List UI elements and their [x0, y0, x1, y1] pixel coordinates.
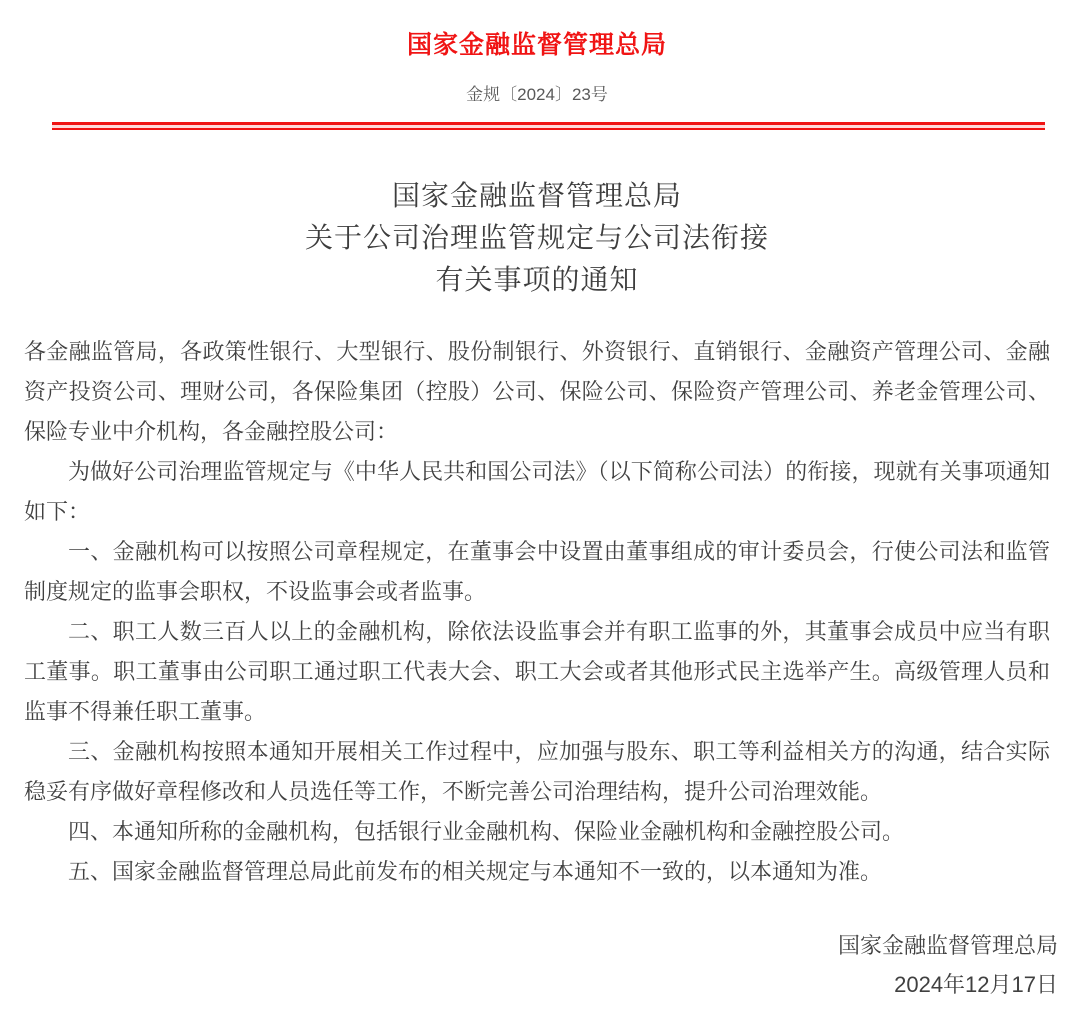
red-divider-line — [52, 122, 1045, 130]
body-paragraph-item-3: 三、金融机构按照本通知开展相关工作过程中，应加强与股东、职工等利益相关方的沟通，… — [24, 732, 1050, 812]
signature-agency: 国家金融监督管理总局 — [24, 926, 1058, 965]
document-body: 各金融监管局，各政策性银行、大型银行、股份制银行、外资银行、直销银行、金融资产管… — [24, 332, 1050, 892]
body-paragraph-intro: 为做好公司治理监管规定与《中华人民共和国公司法》（以下简称公司法）的衔接，现就有… — [24, 452, 1050, 532]
agency-header-title: 国家金融监督管理总局 — [24, 30, 1050, 60]
notice-page: 国家金融监督管理总局 金规〔2024〕23号 国家金融监督管理总局 关于公司治理… — [0, 0, 1080, 1014]
doc-number: 金规〔2024〕23号 — [24, 85, 1050, 105]
document-title-line-1: 国家金融监督管理总局 — [24, 175, 1050, 217]
body-paragraph-item-4: 四、本通知所称的金融机构，包括银行业金融机构、保险业金融机构和金融控股公司。 — [24, 812, 1050, 852]
document-title-line-2: 关于公司治理监管规定与公司法衔接 — [24, 217, 1050, 259]
body-paragraph-salutation: 各金融监管局，各政策性银行、大型银行、股份制银行、外资银行、直销银行、金融资产管… — [24, 332, 1050, 452]
signature-block: 国家金融监督管理总局 2024年12月17日 — [24, 926, 1058, 1004]
body-paragraph-item-1: 一、金融机构可以按照公司章程规定，在董事会中设置由董事组成的审计委员会，行使公司… — [24, 532, 1050, 612]
document-title: 国家金融监督管理总局 关于公司治理监管规定与公司法衔接 有关事项的通知 — [24, 175, 1050, 301]
body-paragraph-item-5: 五、国家金融监督管理总局此前发布的相关规定与本通知不一致的，以本通知为准。 — [24, 852, 1050, 892]
body-paragraph-item-2: 二、职工人数三百人以上的金融机构，除依法设监事会并有职工监事的外，其董事会成员中… — [24, 612, 1050, 732]
signature-date: 2024年12月17日 — [24, 965, 1058, 1004]
document-title-line-3: 有关事项的通知 — [24, 259, 1050, 301]
document-header: 国家金融监督管理总局 金规〔2024〕23号 — [24, 30, 1050, 130]
